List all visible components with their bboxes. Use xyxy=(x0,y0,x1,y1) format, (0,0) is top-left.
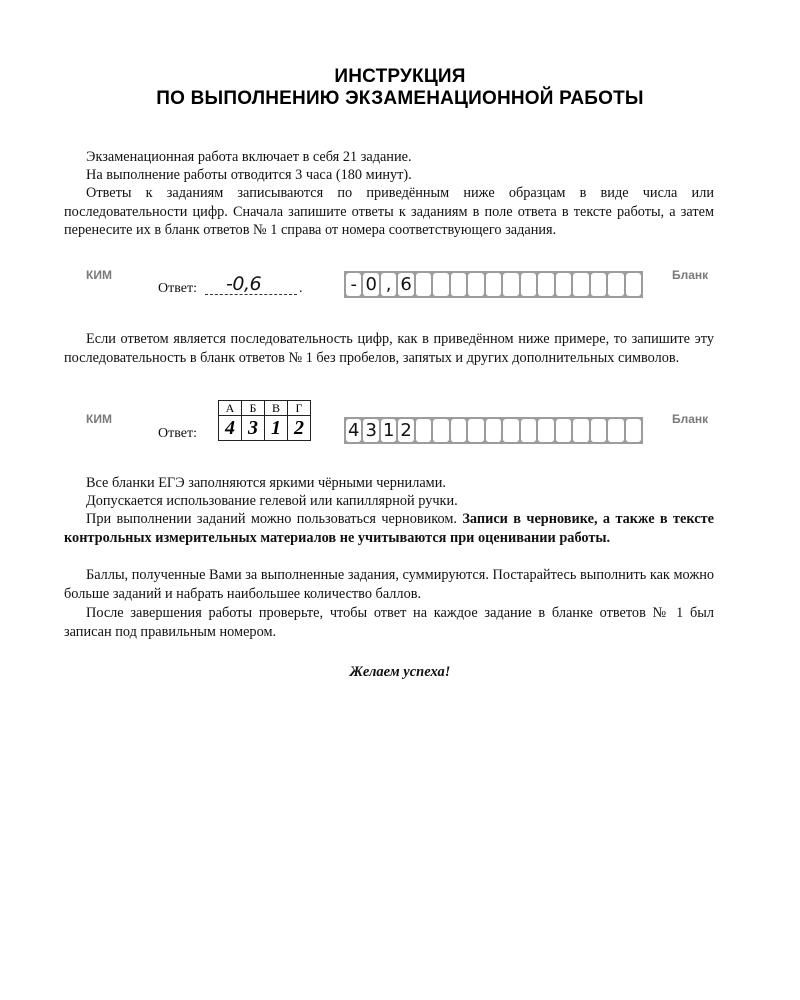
answer-cell-b: 3 xyxy=(242,416,265,441)
answer-sheet-cell xyxy=(538,273,553,296)
answer-sheet-cell xyxy=(433,273,448,296)
rules-text-1: Все бланки ЕГЭ заполняются яркими чёрным… xyxy=(86,475,446,491)
rules-text-3: При выполнении заданий можно пользоватьс… xyxy=(86,511,462,527)
blank-label: Бланк xyxy=(672,268,708,282)
answer-sheet-cell xyxy=(591,273,606,296)
rules-text-4: Баллы, полученные Вами за выполненные за… xyxy=(64,567,714,602)
intro-text-2: На выполнение работы отводится 3 часа (1… xyxy=(86,167,412,183)
answer-sheet-cell xyxy=(503,273,518,296)
answer-sheet-strip-2: 4312 xyxy=(344,417,643,444)
answer-sheet-cell xyxy=(416,419,431,442)
intro-paragraph-2: На выполнение работы отводится 3 часа (1… xyxy=(64,166,714,185)
intro-paragraph-3: Ответы к заданиям записываются по привед… xyxy=(64,184,714,240)
column-header-v: В xyxy=(265,401,288,416)
answer-sheet-cell xyxy=(486,273,501,296)
column-header-g: Г xyxy=(288,401,311,416)
answer-sheet-cell xyxy=(451,273,466,296)
answer-sheet-cell xyxy=(573,419,588,442)
answer-sheet-cell xyxy=(486,419,501,442)
rules-text-5: После завершения работы проверьте, чтобы… xyxy=(64,605,714,640)
answer-sheet-cell: 2 xyxy=(398,419,413,442)
answer-cell-v: 1 xyxy=(265,416,288,441)
answer-sheet-cell xyxy=(538,419,553,442)
answer-sheet-cell: 1 xyxy=(381,419,396,442)
answer-sheet-cell xyxy=(556,419,571,442)
rules-paragraph-4: Баллы, полученные Вами за выполненные за… xyxy=(64,566,714,603)
page-title-line2: ПО ВЫПОЛНЕНИЮ ЭКЗАМЕНАЦИОННОЙ РАБОТЫ xyxy=(0,88,800,110)
intro-text-1: Экзаменационная работа включает в себя 2… xyxy=(86,149,412,165)
kim-label: КИМ xyxy=(86,268,112,282)
blank-label: Бланк xyxy=(672,412,708,426)
answer-sheet-cell xyxy=(468,273,483,296)
closing-wish: Желаем успеха! xyxy=(0,664,800,681)
instruction-page: ИНСТРУКЦИЯ ПО ВЫПОЛНЕНИЮ ЭКЗАМЕНАЦИОННОЙ… xyxy=(0,0,800,1000)
intro-paragraph-1: Экзаменационная работа включает в себя 2… xyxy=(64,148,714,167)
answer-label: Ответ: xyxy=(158,426,197,442)
answer-sheet-cell: , xyxy=(381,273,396,296)
answer-label: Ответ: xyxy=(158,281,197,297)
answer-cell-g: 2 xyxy=(288,416,311,441)
answer-period: . xyxy=(299,281,303,297)
answer-sheet-cell xyxy=(416,273,431,296)
answer-sheet-strip-1: -0,6 xyxy=(344,271,643,298)
answer-letter-table: А Б В Г 4 3 1 2 xyxy=(218,400,311,441)
answer-sheet-cell xyxy=(626,273,641,296)
answer-sheet-cell: 4 xyxy=(346,419,361,442)
rules-paragraph-3: При выполнении заданий можно пользоватьс… xyxy=(64,510,714,547)
answer-sheet-cell: 6 xyxy=(398,273,413,296)
answer-sheet-cell xyxy=(521,273,536,296)
column-header-b: Б xyxy=(242,401,265,416)
answer-sheet-cell xyxy=(591,419,606,442)
intro-text-3: Ответы к заданиям записываются по привед… xyxy=(64,185,714,238)
answer-sheet-cell xyxy=(521,419,536,442)
answer-sheet-cell xyxy=(573,273,588,296)
sequence-note-paragraph: Если ответом является последовательность… xyxy=(64,330,714,367)
answer-sheet-cell xyxy=(468,419,483,442)
answer-sheet-cell xyxy=(608,273,623,296)
page-title-line1: ИНСТРУКЦИЯ xyxy=(0,66,800,88)
sequence-note-text: Если ответом является последовательность… xyxy=(64,331,714,366)
answer-cell-a: 4 xyxy=(219,416,242,441)
rules-paragraph-5: После завершения работы проверьте, чтобы… xyxy=(64,604,714,641)
answer-sheet-cell xyxy=(608,419,623,442)
answer-handwritten-value: -0,6 xyxy=(226,273,261,295)
answer-sheet-cell: 3 xyxy=(363,419,378,442)
answer-sheet-cell xyxy=(451,419,466,442)
answer-sheet-cell xyxy=(626,419,641,442)
kim-label: КИМ xyxy=(86,412,112,426)
answer-sheet-cell xyxy=(503,419,518,442)
rules-paragraph-1: Все бланки ЕГЭ заполняются яркими чёрным… xyxy=(64,474,714,493)
answer-sheet-cell: 0 xyxy=(363,273,378,296)
answer-sheet-cell xyxy=(556,273,571,296)
answer-sheet-cell xyxy=(433,419,448,442)
rules-text-2: Допускается использование гелевой или ка… xyxy=(86,493,458,509)
column-header-a: А xyxy=(219,401,242,416)
answer-sheet-cell: - xyxy=(346,273,361,296)
rules-paragraph-2: Допускается использование гелевой или ка… xyxy=(64,492,714,511)
